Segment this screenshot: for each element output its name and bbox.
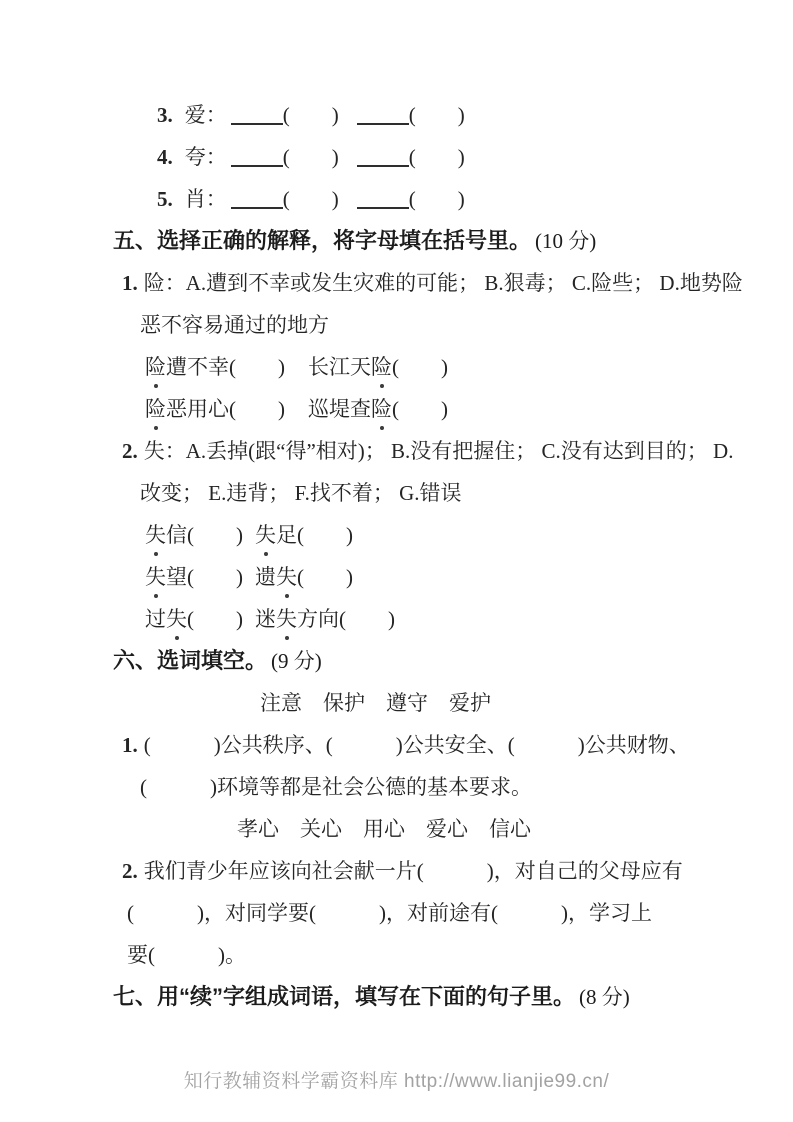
polyphone-item-row: 3.爱：( )( ) (157, 100, 793, 130)
emphasized-char: 险 (371, 394, 392, 424)
blank-line (357, 195, 409, 209)
section-5-heading: 五、选择正确的解释，将字母填在括号里。(10 分) (113, 226, 793, 256)
blank-line (231, 153, 283, 167)
phrase-with-paren: 巡堤查险( ) (308, 394, 448, 424)
phrase-pre: 遗 (255, 565, 276, 589)
section-score: (8 分) (579, 985, 630, 1009)
blank-line (357, 153, 409, 167)
phrase-with-paren: 失望( ) (145, 562, 255, 592)
answer-paren: ( ) (297, 523, 353, 547)
emphasized-char: 失 (166, 604, 187, 634)
item-number: 4. (157, 145, 173, 169)
fill-blank-item: 2.我们青少年应该向社会献一片( )，对自己的父母应有 (122, 856, 793, 886)
answer-paren: ( ) (339, 607, 395, 631)
answer-paren: ( ) (409, 187, 465, 211)
definition-text-continued: 恶不容易通过的地方 (140, 310, 793, 340)
phrase-with-paren: 过失( ) (145, 604, 255, 634)
section-6-heading: 六、选词填空。(9 分) (113, 646, 793, 676)
emphasized-char: 失 (145, 520, 166, 550)
item-number: 1. (122, 733, 138, 757)
blank-line (231, 195, 283, 209)
item-character: 夸： (185, 145, 227, 169)
phrase-row: 失望( )遗失( ) (145, 562, 793, 592)
polyphone-item-row: 5.肖：( )( ) (157, 184, 793, 214)
answer-paren: ( ) (187, 607, 243, 631)
item-number: 2. (122, 439, 138, 463)
fill-blank-item: 1.( )公共秩序、( )公共安全、( )公共财物、 (122, 730, 793, 760)
answer-paren: ( ) (409, 145, 465, 169)
worksheet-page: 3.爱：( )( ) 4.夸：( )( ) 5.肖：( )( ) 五、选择正确的… (0, 0, 793, 1122)
phrase-with-paren: 险遭不幸( ) (145, 352, 308, 382)
answer-paren: ( ) (229, 397, 285, 421)
phrase-post: 足 (276, 523, 297, 547)
phrase-post: 方向 (297, 607, 339, 631)
answer-paren: ( ) (283, 187, 339, 211)
phrase-row: 失信( )失足( ) (145, 520, 793, 550)
answer-paren: ( ) (392, 355, 448, 379)
emphasized-char: 失 (276, 562, 297, 592)
polyphone-item-row: 4.夸：( )( ) (157, 142, 793, 172)
fill-blank-text: ( )公共秩序、( )公共安全、( )公共财物、 (144, 733, 690, 757)
emphasized-char: 险 (371, 352, 392, 382)
emphasized-char: 险 (145, 352, 166, 382)
phrase-row: 险遭不幸( )长江天险( ) (145, 352, 793, 382)
blank-line (357, 111, 409, 125)
definition-item: 2.失：A.丢掉(跟“得”相对)； B.没有把握住； C.没有达到目的； D. (122, 436, 793, 466)
item-number: 3. (157, 103, 173, 127)
section-score: (9 分) (271, 649, 322, 673)
phrase-with-paren: 迷失方向( ) (255, 604, 395, 634)
answer-paren: ( ) (229, 355, 285, 379)
phrase-pre: 巡堤查 (308, 397, 371, 421)
phrase-with-paren: 遗失( ) (255, 562, 353, 592)
section-heading-text: 六、选词填空。 (113, 648, 267, 673)
item-character: 肖： (185, 187, 227, 211)
item-number: 2. (122, 859, 138, 883)
definition-text: 险：A.遭到不幸或发生灾难的可能； B.狠毒； C.险些； D.地势险 (144, 271, 743, 295)
emphasized-char: 失 (276, 604, 297, 634)
fill-blank-text-continued: 要( )。 (127, 940, 793, 970)
phrase-row: 险恶用心( )巡堤查险( ) (145, 394, 793, 424)
answer-paren: ( ) (392, 397, 448, 421)
phrase-post: 恶用心 (166, 397, 229, 421)
phrase-pre: 过 (145, 607, 166, 631)
phrase-pre: 迷 (255, 607, 276, 631)
emphasized-char: 失 (255, 520, 276, 550)
item-number: 1. (122, 271, 138, 295)
phrase-post: 望 (166, 565, 187, 589)
item-character: 爱： (185, 103, 227, 127)
phrase-row: 过失( )迷失方向( ) (145, 604, 793, 634)
definition-text: 失：A.丢掉(跟“得”相对)； B.没有把握住； C.没有达到目的； D. (144, 439, 734, 463)
answer-paren: ( ) (409, 103, 465, 127)
emphasized-char: 失 (145, 562, 166, 592)
phrase-post: 遭不幸 (166, 355, 229, 379)
definition-text-continued: 改变； E.违背； F.找不着； G.错误 (140, 478, 793, 508)
word-bank: 孝心 关心 用心 爱心 信心 (237, 814, 793, 844)
phrase-with-paren: 失信( ) (145, 520, 255, 550)
section-score: (10 分) (535, 229, 596, 253)
section-heading-text: 七、用“续”字组成词语，填写在下面的句子里。 (113, 984, 575, 1009)
emphasized-char: 险 (145, 394, 166, 424)
word-bank: 注意 保护 遵守 爱护 (260, 688, 793, 718)
section-7-heading: 七、用“续”字组成词语，填写在下面的句子里。(8 分) (113, 982, 793, 1012)
phrase-pre: 长江天 (308, 355, 371, 379)
answer-paren: ( ) (297, 565, 353, 589)
answer-paren: ( ) (283, 145, 339, 169)
blank-line (231, 111, 283, 125)
answer-paren: ( ) (187, 565, 243, 589)
fill-blank-text-continued: ( )，对同学要( )，对前途有( )，学习上 (127, 898, 793, 928)
phrase-with-paren: 险恶用心( ) (145, 394, 308, 424)
section-heading-text: 五、选择正确的解释，将字母填在括号里。 (113, 228, 531, 253)
footer-credit: 知行教辅资料学霸资料库 http://www.lianjie99.cn/ (0, 1066, 793, 1093)
answer-paren: ( ) (187, 523, 243, 547)
phrase-with-paren: 失足( ) (255, 520, 353, 550)
phrase-post: 信 (166, 523, 187, 547)
fill-blank-text: 我们青少年应该向社会献一片( )，对自己的父母应有 (144, 859, 683, 883)
phrase-with-paren: 长江天险( ) (308, 352, 448, 382)
definition-item: 1.险：A.遭到不幸或发生灾难的可能； B.狠毒； C.险些； D.地势险 (122, 268, 793, 298)
answer-paren: ( ) (283, 103, 339, 127)
fill-blank-text-continued: ( )环境等都是社会公德的基本要求。 (140, 772, 793, 802)
item-number: 5. (157, 187, 173, 211)
